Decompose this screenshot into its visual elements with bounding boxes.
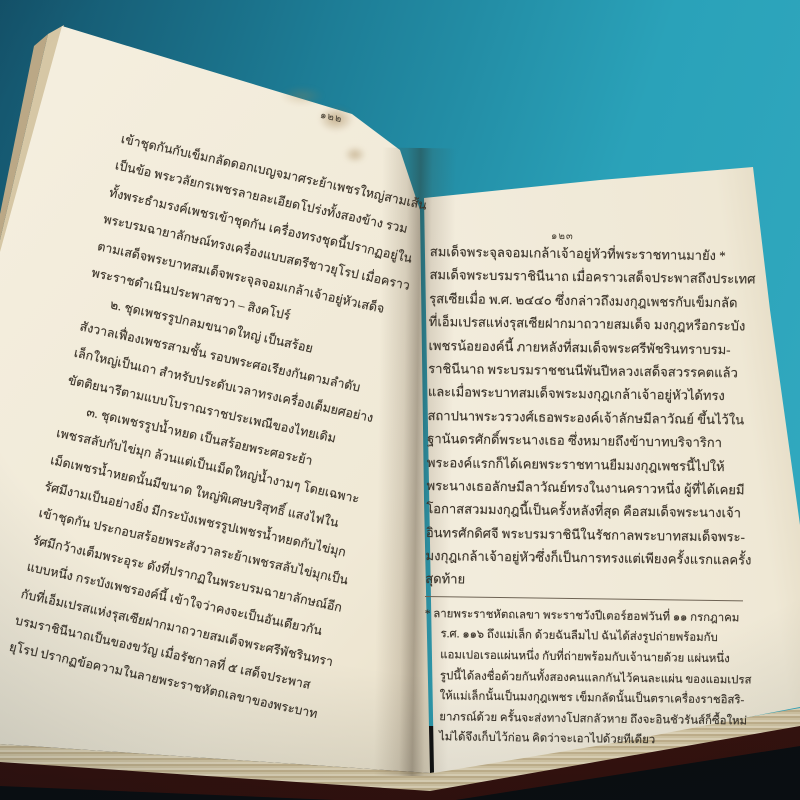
- photo-scene: ๑๒๒ ๑๒๓ เข้าชุดกันกับเข็มกลัดดอกเบญจมาศร…: [0, 0, 800, 800]
- footnote-text: * ลายพระราชหัตถเลขา พระราชวังปีเตอร์ฮอฟว…: [423, 604, 757, 753]
- page-stain: [280, 86, 324, 106]
- page-stain: [344, 146, 366, 163]
- text-line: สุดท้าย: [425, 567, 757, 595]
- right-page-text: สมเด็จพระจุลจอมเกล้าเจ้าอยู่หัวที่พระราช…: [423, 240, 762, 753]
- right-page-paragraph: สมเด็จพระจุลจอมเกล้าเจ้าอยู่หัวที่พระราช…: [425, 240, 762, 595]
- footnote-rule: [425, 596, 743, 601]
